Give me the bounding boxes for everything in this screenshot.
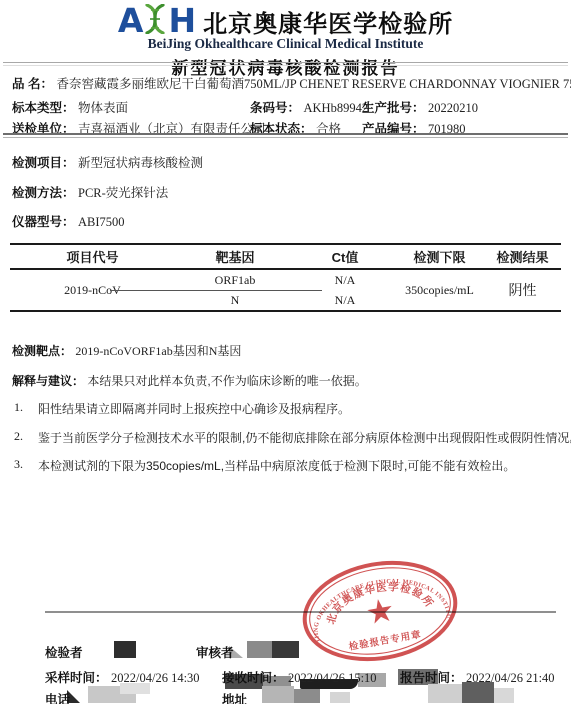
test-item-value: 新型冠状病毒核酸检测 [78,156,203,170]
target-label: 检测靶点： [12,344,72,358]
note-text: 阳性结果请立即隔离并同时上报疾控中心确诊及报病程序。 [38,400,350,417]
sample-type-value: 物体表面 [78,101,128,115]
interpretation-value: 本结果只对此样本负责,不作为临床诊断的唯一依据。 [87,374,366,388]
sample-type-label: 标本类型： [12,101,75,115]
stamp-star-icon [366,597,394,624]
note-text: 本检测试剂的下限为350copies/mL,当样品中病原浓度低于检测下限时,可能… [38,457,515,474]
redaction-box [428,684,462,703]
note-number: 1. [14,400,23,415]
col-header-ct: Ct值 [295,247,395,266]
results-table-header: 项目代号 靶基因 Ct值 检测下限 检测结果 [10,245,561,270]
redaction-box [247,641,272,658]
test-method-label: 检测方法： [12,186,75,200]
org-name-en: BeiJing Okhealthcare Clinical Medical In… [0,36,571,52]
address-label: 地址 [222,690,247,704]
batch-value: 20220210 [428,101,478,115]
sampling-time-label: 采样时间： [45,671,108,685]
test-method-row: 检测方法： PCR-荧光探针法 [12,183,565,199]
redaction-box [494,688,514,703]
product-name-label: 品 名： [12,77,53,91]
col-header-gene: 靶基因 [175,247,295,266]
org-name-cn: 北京奥康华医学检验所 [203,4,453,39]
results-table: 项目代号 靶基因 Ct值 检测下限 检测结果 2019-nCoV ORF1ab … [10,243,561,312]
test-item-row: 检测项目： 新型冠状病毒核酸检测 [12,153,565,169]
redaction-box [272,641,299,658]
detection-limit-cell: 350copies/mL [395,270,484,310]
logo-letter-a: A [118,6,143,36]
inspector-label: 检验者 [45,643,83,661]
logo-letter-h: H [168,6,195,36]
sampling-time-value: 2022/04/26 14:30 [111,671,200,685]
test-method-value: PCR-荧光探针法 [78,186,168,200]
gene-cell: ORF1ab [175,270,295,290]
instrument-value: ABI7500 [78,215,125,229]
instrument-row: 仪器型号： ABI7500 [12,212,565,228]
official-stamp: BEIJING OKHEALTHCARE CLINICAL MEDICAL IN… [292,547,467,675]
col-header-limit: 检测下限 [395,247,484,266]
report-time-row: 报告时间： 2022/04/26 21:40 [400,668,555,686]
note-number: 3. [14,457,23,472]
report-time-label: 报告时间： [400,671,463,685]
target-value: 2019-nCoVORF1ab基因和N基因 [75,344,241,358]
ct-cell: N/A [295,270,395,290]
barcode-label: 条码号： [250,101,300,115]
redaction-box [330,692,350,703]
header-divider [3,62,568,66]
reviewer-label: 审核者 [196,643,234,661]
receive-time-label: 接收时间： [222,671,285,685]
sample-type-row: 标本类型： 物体表面 条码号： AKHb89942 生产批号： 20220210 [12,98,565,114]
section-divider [3,133,568,138]
redaction-box [114,641,136,658]
ct-cell: N/A [295,290,395,310]
redaction-box [294,689,320,703]
instrument-label: 仪器型号： [12,215,75,229]
col-header-project: 项目代号 [10,247,175,266]
col-header-result: 检测结果 [484,247,561,266]
batch-label: 生产批号： [362,101,425,115]
interpretation-row: 解释与建议： 本结果只对此样本负责,不作为临床诊断的唯一依据。 [12,372,367,389]
report-page: A H 北京奥康华医学检验所 BeiJing Okhealthcare Clin… [0,0,571,704]
gene-cell: N [175,290,295,310]
note-number: 2. [14,429,23,444]
barcode-value: AKHb89942 [304,101,369,115]
interpretation-label: 解释与建议： [12,374,84,388]
gene-row-divider [110,290,322,291]
phone-label: 电话 [45,690,70,704]
report-header: A H 北京奥康华医学检验所 BeiJing Okhealthcare Clin… [0,4,571,79]
results-table-body: 2019-nCoV ORF1ab N/A N N/A 350copies/mL … [10,270,561,310]
note-text: 鉴于当前医学分子检测技术水平的限制,仍不能彻底排除在部分病原体检测中出现假阳性或… [38,429,571,446]
receive-time-value: 2022/04/26 15:10 [288,671,377,685]
test-item-label: 检测项目： [12,156,75,170]
receive-time-row: 接收时间： 2022/04/26 15:10 [222,668,377,686]
redaction-box [262,686,294,703]
target-row: 检测靶点： 2019-nCoVORF1ab基因和N基因 [12,342,241,359]
report-time-value: 2022/04/26 21:40 [466,671,555,685]
product-name-value: 香奈窖藏霞多丽维欧尼干白葡萄酒750ML/JP CHENET RESERVE C… [56,77,571,91]
sampling-time-row: 采样时间： 2022/04/26 14:30 [45,668,200,686]
logo: A H 北京奥康华医学检验所 [0,4,571,38]
result-cell: 阴性 [484,270,561,310]
product-name-row: 品 名： 香奈窖藏霞多丽维欧尼干白葡萄酒750ML/JP CHENET RESE… [12,74,565,90]
dna-helix-icon [143,4,167,39]
